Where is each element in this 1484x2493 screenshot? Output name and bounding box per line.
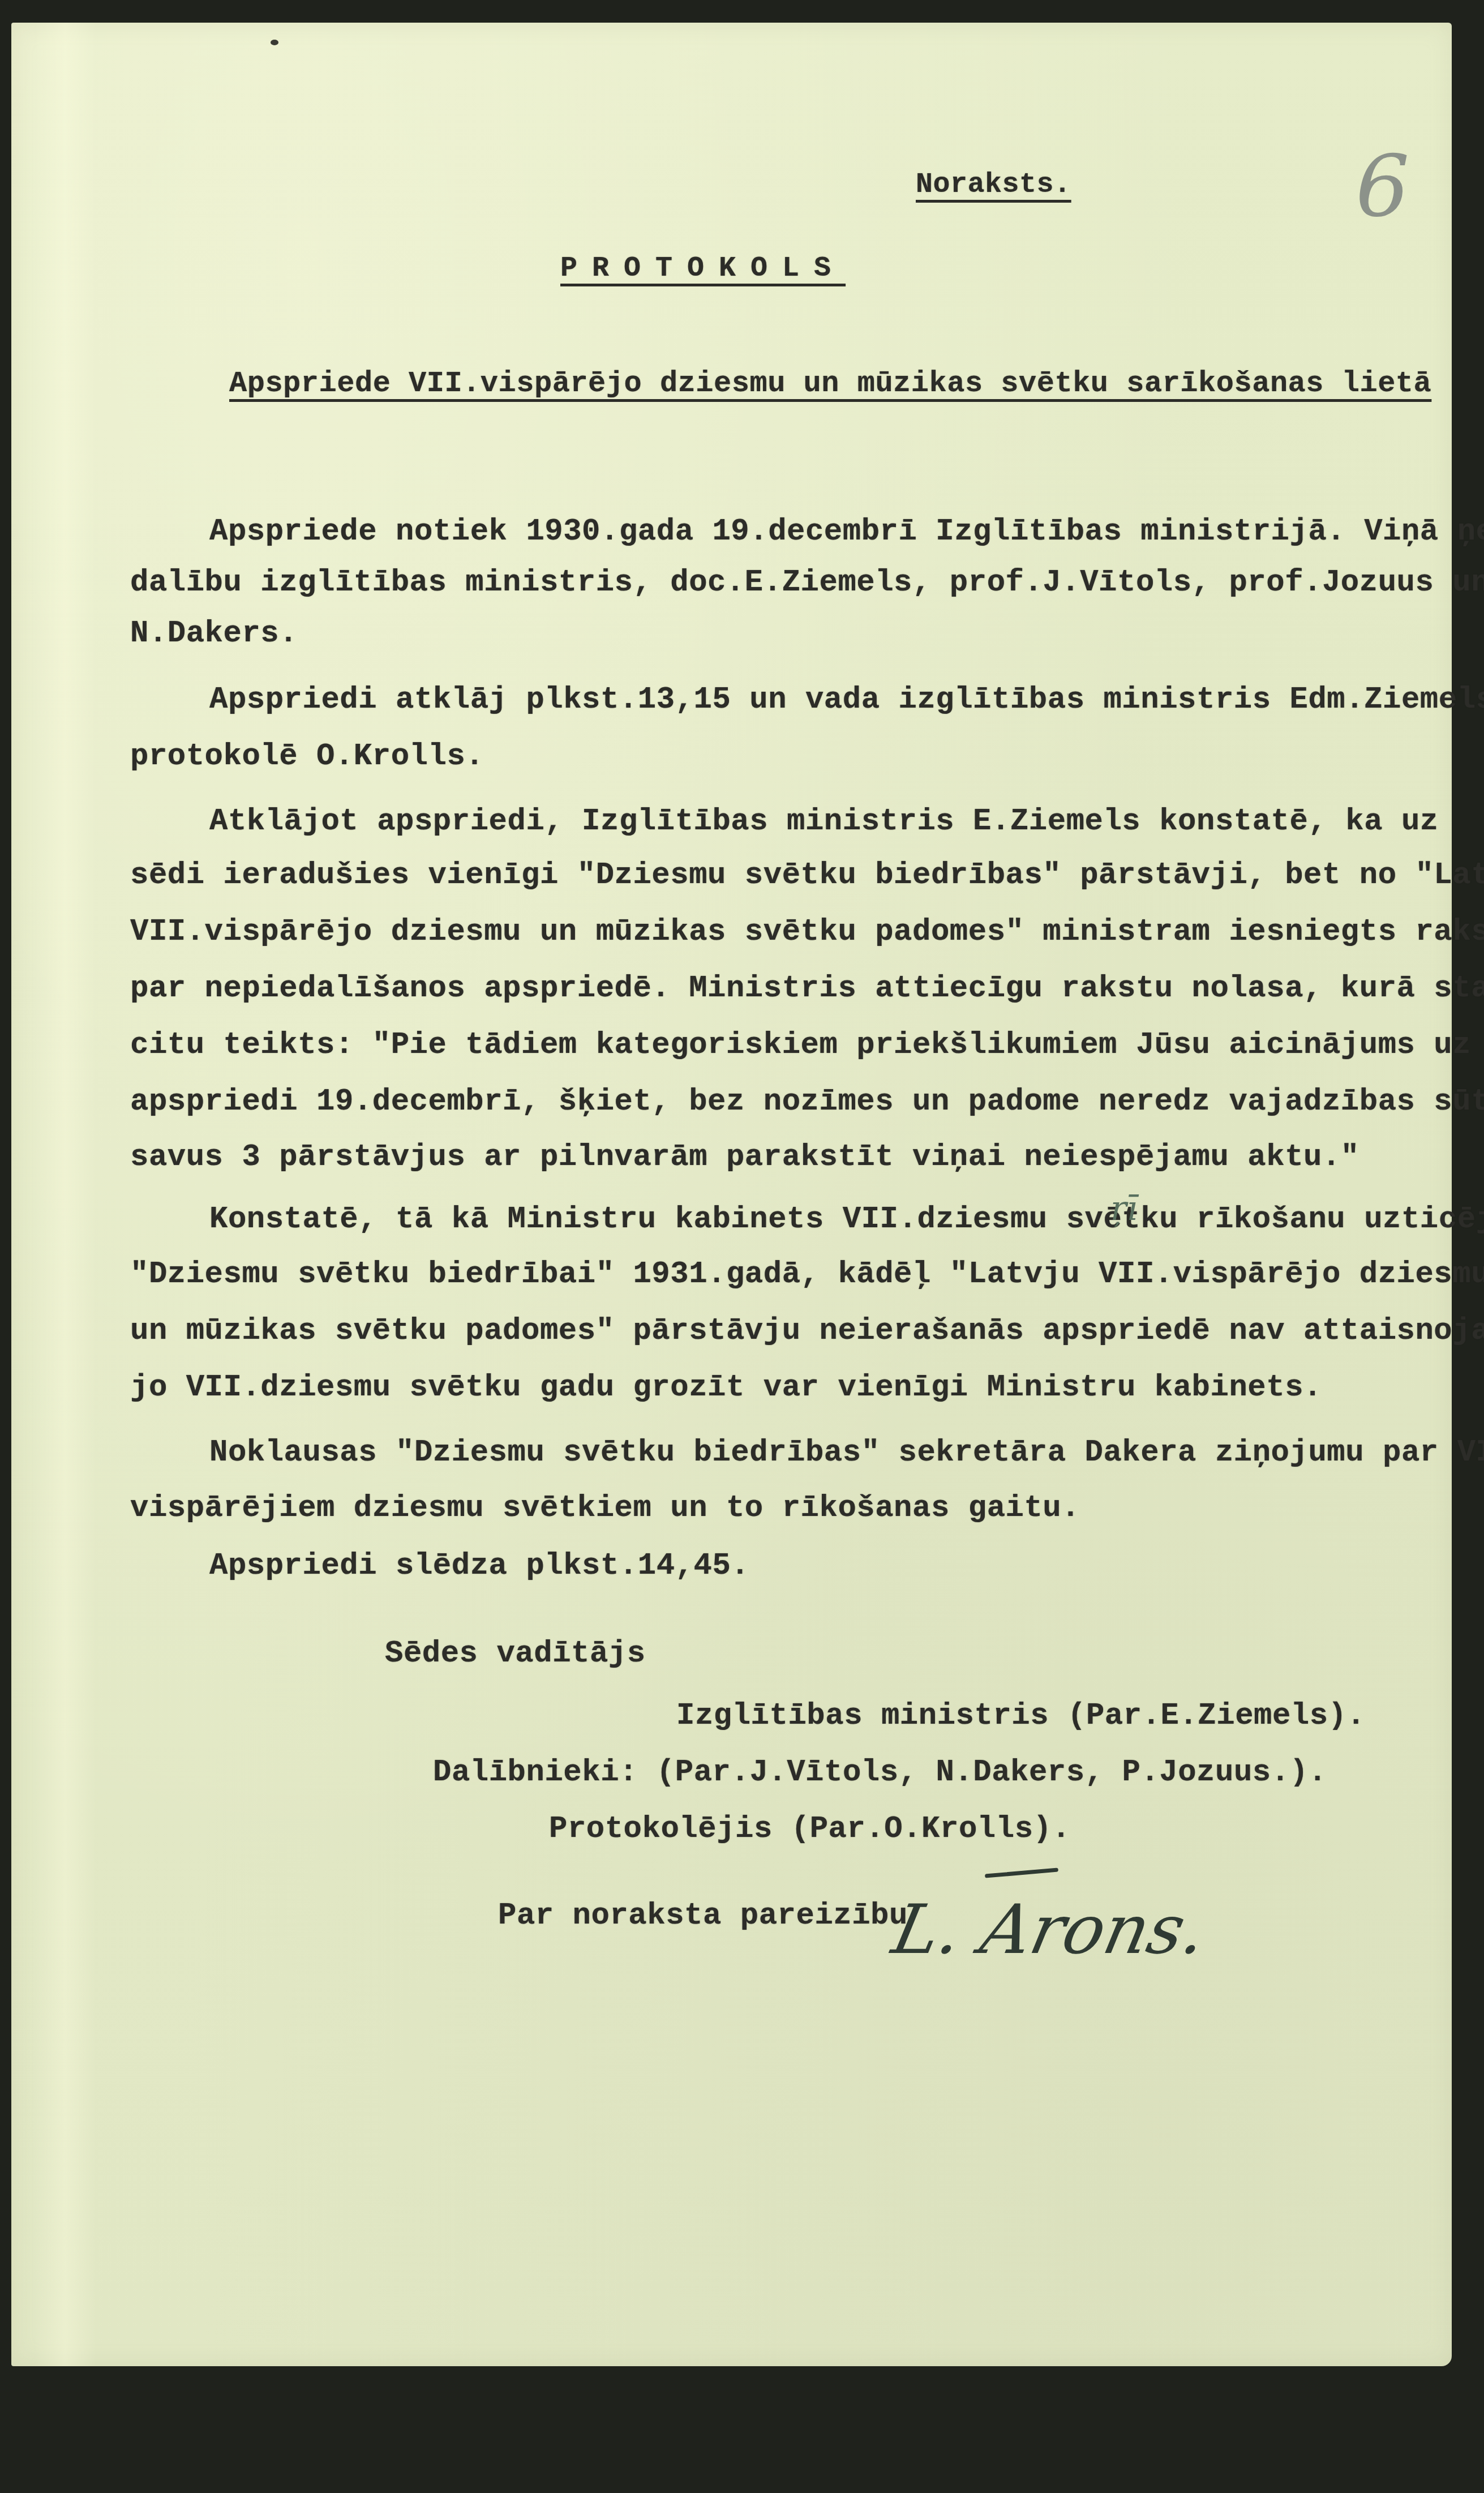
typewriter-mark xyxy=(271,40,278,45)
body-line: par nepiedalīšanos apspriedē. Ministris … xyxy=(130,974,1484,1004)
body-line: dalību izglītības ministris, doc.E.Zieme… xyxy=(130,568,1484,598)
document-page: 6 Noraksts. PROTOKOLS Apspriede VII.visp… xyxy=(11,23,1452,2366)
chair-name: Izglītības ministris (Par.E.Ziemels). xyxy=(676,1701,1366,1732)
body-line: Apspriede notiek 1930.gada 19.decembrī I… xyxy=(209,517,1484,547)
body-line: un mūzikas svētku padomes" pārstāvju nei… xyxy=(130,1316,1484,1347)
handwritten-correction: ŗī xyxy=(1110,1189,1138,1228)
body-line: savus 3 pārstāvjus ar pilnvarām parakstī… xyxy=(130,1142,1359,1173)
paper-light-streak xyxy=(34,23,96,2366)
certification-label: Par noraksta pareizību xyxy=(498,1901,908,1931)
body-line: VII.vispārējo dziesmu un mūzikas svētku … xyxy=(130,917,1484,948)
body-line: N.Dakers. xyxy=(130,619,298,649)
copy-mark: Noraksts. xyxy=(916,171,1071,199)
body-line: citu teikts: "Pie tādiem kategoriskiem p… xyxy=(130,1030,1471,1061)
body-line: Apspriedi atklāj plkst.13,15 un vada izg… xyxy=(209,685,1484,716)
body-line: jo VII.dziesmu svētku gadu grozīt var vi… xyxy=(130,1373,1322,1403)
document-title: PROTOKOLS xyxy=(560,255,846,283)
chair-label: Sēdes vadītājs xyxy=(385,1639,646,1669)
body-line: vispārējiem dziesmu svētkiem un to rīkoš… xyxy=(130,1493,1080,1524)
secretary: Protokolējis (Par.O.Krolls). xyxy=(549,1814,1070,1845)
participants: Dalībnieki: (Par.J.Vītols, N.Dakers, P.J… xyxy=(433,1758,1327,1788)
body-line: sēdi ieradušies vienīgi "Dziesmu svētku … xyxy=(130,860,1484,891)
body-line: "Dziesmu svētku biedrībai" 1931.gadā, kā… xyxy=(130,1260,1484,1290)
body-line: apspriedi 19.decembrī, šķiet, bez nozīme… xyxy=(130,1087,1484,1117)
body-line: Konstatē, tā kā Ministru kabinets VII.dz… xyxy=(209,1205,1484,1235)
signature-stroke xyxy=(985,1867,1058,1878)
handwritten-signature: L. Arons. xyxy=(887,1896,1212,1964)
body-line: protokolē O.Krolls. xyxy=(130,742,484,772)
document-subtitle: Apspriede VII.vispārējo dziesmu un mūzik… xyxy=(229,369,1431,399)
body-line: Apspriedi slēdza plkst.14,45. xyxy=(209,1551,749,1582)
body-line: Atklājot apspriedi, Izglītības ministris… xyxy=(209,807,1439,837)
body-line: Noklausas "Dziesmu svētku biedrības" sek… xyxy=(209,1438,1484,1468)
page-number-handwritten: 6 xyxy=(1356,144,1409,229)
